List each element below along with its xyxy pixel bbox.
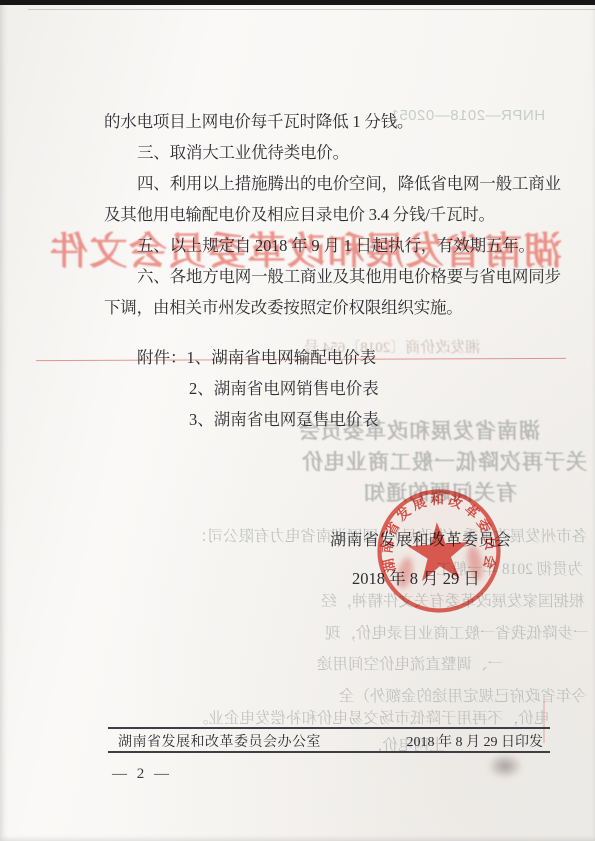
bleed-pink-streak (543, 701, 545, 743)
document-body: 的水电项目上网电价每千瓦时降低 1 分钱。 三、取消大工业优待类电价。 四、利用… (104, 106, 556, 323)
scanner-hairline (28, 9, 595, 10)
footer-rule-bottom (108, 751, 550, 753)
attachments-label: 附件： (137, 348, 187, 367)
body-line: 的水电项目上网电价每千瓦时降低 1 分钱。 (104, 106, 556, 137)
bleed-paragraph-line: 电价，不再用于降低市场交易电价和补偿发电企业。 (193, 706, 550, 728)
body-line: 四、利用以上措施腾出的电价空间，降低省电网一般工商业 (104, 168, 556, 199)
official-seal: 湖南省发展和改革委员会 (375, 487, 503, 615)
attachment-row: 附件：1、湖南省电网输配电价表 (104, 342, 556, 373)
body-line: 三、取消大工业优待类电价。 (104, 137, 556, 168)
body-line: 六、各地方电网一般工商业及其他用电价格要与省电网同步 (104, 261, 556, 292)
attachment-row: 3、湖南省电网趸售电价表 (104, 404, 556, 435)
attachments-list: 附件：1、湖南省电网输配电价表 2、湖南省电网销售电价表 3、湖南省电网趸售电价… (104, 342, 556, 435)
attachment-item: 1、湖南省电网输配电价表 (187, 348, 377, 367)
body-line: 五、以上规定自 2018 年 9 月 1 日起执行，有效期五年。 (104, 230, 556, 261)
body-line: 下调，由相关市州发改委按照定价权限组织实施。 (104, 292, 556, 323)
page-number: — 2 — (112, 766, 172, 783)
seal-graphic: 湖南省发展和改革委员会 (375, 487, 503, 615)
footer-office: 湖南省发展和改革委员会办公室 (118, 731, 321, 751)
attachment-item: 2、湖南省电网销售电价表 (189, 379, 379, 398)
bleed-title-line: 关于再次降低一般工商业电价 (301, 446, 587, 476)
scanner-edge-bar (0, 0, 595, 5)
footer-print-date: 2018 年 8 月 29 日印发 (407, 731, 544, 751)
bleed-smudge (487, 753, 523, 779)
body-line: 及其他用电输配电价及相应目录电价 3.4 分钱/千瓦时。 (104, 199, 556, 230)
attachment-row: 2、湖南省电网销售电价表 (104, 373, 556, 404)
attachment-item: 3、湖南省电网趸售电价表 (189, 410, 379, 429)
bleed-paragraph-line: 一、调整直流电价空间用途 (317, 652, 503, 674)
bleed-paragraph-line: 一步降低我省一般工商业目录电价，现 (325, 621, 589, 643)
scanned-document-page: HNPR—2018—02051 湖南省发展和改革委员会文件 湘发改价商〔2018… (0, 0, 595, 841)
bleed-paragraph-line: 今年省政府已规定用途的金额外）全 (339, 684, 587, 706)
footer-rule-top (108, 727, 550, 729)
